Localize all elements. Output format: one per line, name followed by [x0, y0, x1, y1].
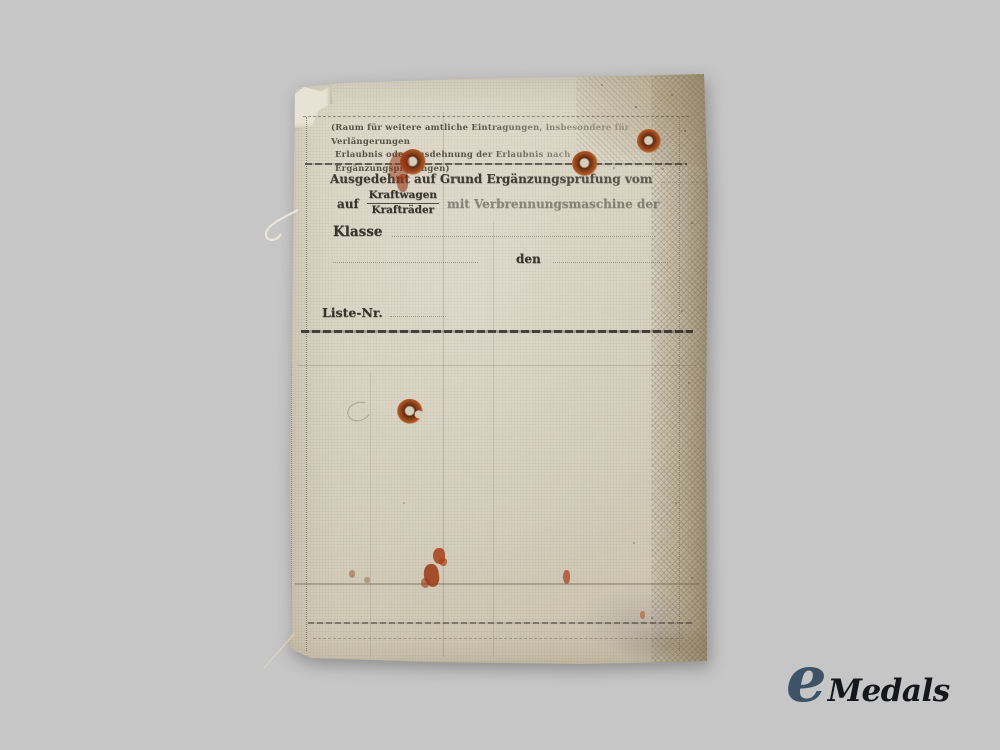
list-number-row: Liste-Nr. — [322, 305, 446, 320]
inner-border-left — [306, 117, 307, 651]
rust-drip-stain — [397, 174, 408, 192]
vehicle-option-kraftraeder: Krafträder — [371, 204, 434, 217]
horizontal-fold-crease — [295, 583, 699, 585]
emedals-e-logo: e — [786, 648, 827, 712]
emedals-watermark: e Medals — [786, 648, 950, 712]
loose-thread-left — [260, 204, 302, 256]
vertical-fold-crease — [370, 372, 371, 657]
rust-stain — [364, 577, 370, 583]
rust-stain — [439, 558, 447, 566]
document-paper: (Raum für weitere amtliche Eintragungen,… — [283, 72, 711, 668]
inner-border-right — [679, 117, 680, 651]
loose-thread-bottom — [256, 628, 302, 674]
bottom-right-grime — [613, 624, 708, 666]
bottom-faint-rule — [313, 638, 683, 639]
list-number-fill-in-line — [390, 316, 446, 317]
list-number-label: Liste-Nr. — [322, 305, 383, 320]
vehicle-line: auf Kraftwagen Krafträder mit Verbrennun… — [337, 189, 659, 217]
place-fill-in-line — [333, 262, 478, 263]
vertical-fold-crease — [493, 222, 494, 657]
rust-stain — [349, 570, 355, 578]
left-stitch-line — [291, 322, 292, 622]
rust-grommet-hole — [637, 129, 661, 153]
official-note: (Raum für weitere amtliche Eintragungen,… — [331, 122, 667, 176]
vehicle-suffix: mit Verbrennungsmaschine der — [447, 197, 659, 211]
section-divider-rule — [301, 330, 693, 333]
official-note-line1: (Raum für weitere amtliche Eintragungen,… — [331, 122, 667, 149]
date-particle: den — [516, 252, 541, 266]
photo-stage: (Raum für weitere amtliche Eintragungen,… — [0, 0, 1000, 750]
date-fill-in-line — [661, 182, 725, 183]
class-label: Klasse — [333, 224, 382, 240]
class-fill-in-line — [392, 236, 655, 237]
rust-grommet-hole — [572, 151, 598, 176]
class-row: Klasse — [333, 224, 655, 240]
inner-border-top — [303, 116, 689, 117]
horizontal-fold-crease — [297, 365, 697, 366]
vehicle-prefix: auf — [337, 197, 359, 211]
date-row: den — [333, 252, 668, 266]
emedals-name: Medals — [828, 676, 950, 707]
rust-stain — [563, 570, 570, 584]
date-fill-in-line-right — [553, 262, 668, 263]
rust-stain — [421, 578, 429, 588]
bottom-dashed-rule — [308, 622, 692, 624]
rust-stain — [640, 611, 645, 619]
dirt-speckles — [283, 72, 285, 74]
vehicle-fraction: Kraftwagen Krafträder — [367, 189, 439, 217]
extension-heading-text: Ausgedehnt auf Grund Ergänzungsprüfung v… — [330, 172, 653, 186]
